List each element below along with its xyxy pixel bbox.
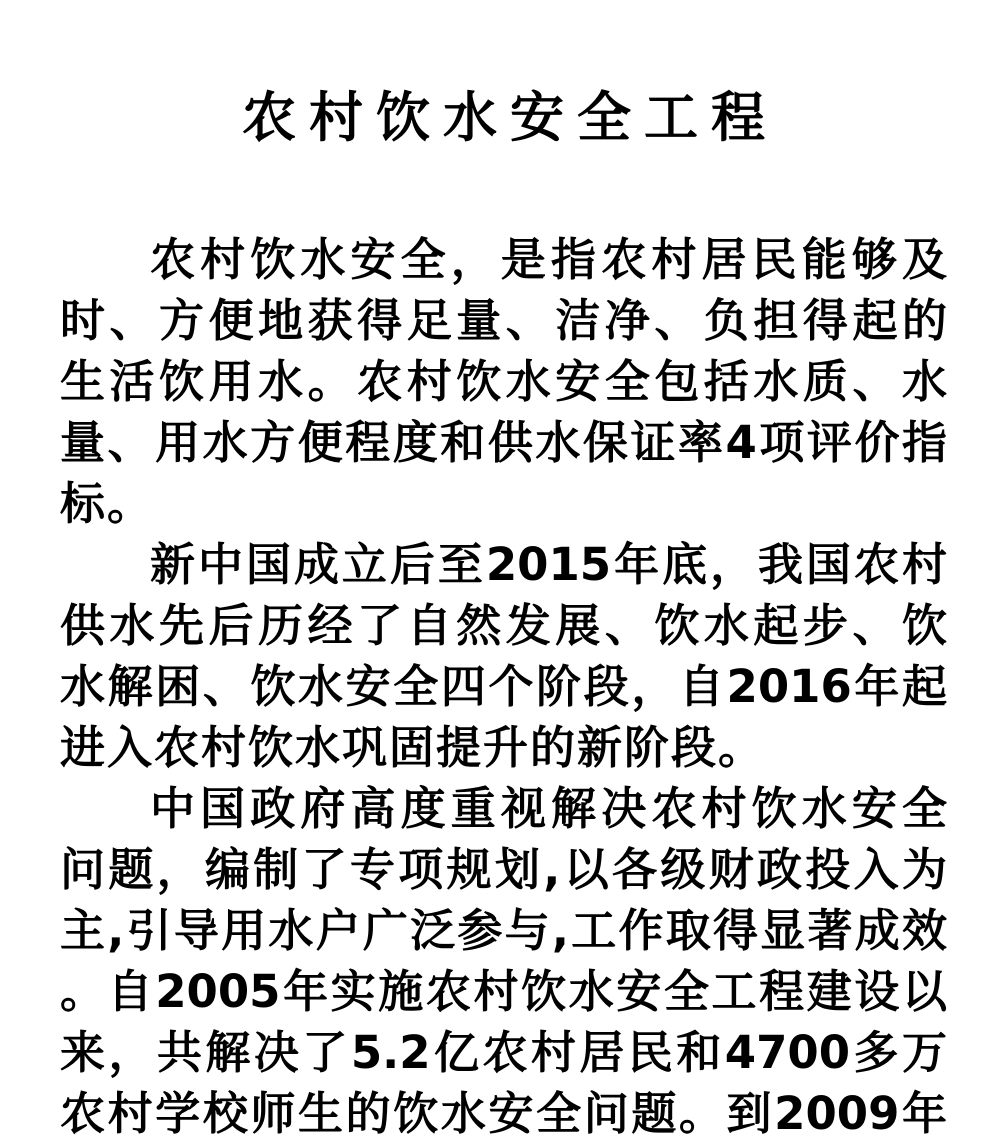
- page-title: 农村饮水安全工程: [60, 0, 947, 146]
- text-line: 量、用水方便程度和供水保证率4项评价指: [60, 412, 947, 473]
- text-line: 。自2005年实施农村饮水安全工程建设以: [60, 961, 947, 1022]
- text-line: 问题，编制了专项规划,以各级财政投入为: [60, 839, 947, 900]
- text-line: 农村饮水安全，是指农村居民能够及: [60, 229, 947, 290]
- text-line: 中国政府高度重视解决农村饮水安全: [60, 778, 947, 839]
- text-line: 水解困、饮水安全四个阶段，自2016年起: [60, 656, 947, 717]
- text-line: 标。: [60, 473, 947, 534]
- text-line: 来，共解决了5.2亿农村居民和4700多万: [60, 1022, 947, 1083]
- document-body: 农村饮水安全，是指农村居民能够及 时、方便地获得足量、洁净、负担得起的 生活饮用…: [60, 229, 947, 1136]
- text-line: 农村学校师生的饮水安全问题。到2009年: [60, 1083, 947, 1136]
- text-line: 新中国成立后至2015年底，我国农村: [60, 534, 947, 595]
- text-line: 生活饮用水。农村饮水安全包括水质、水: [60, 351, 947, 412]
- document-page: 农村饮水安全工程 农村饮水安全，是指农村居民能够及 时、方便地获得足量、洁净、负…: [0, 0, 1000, 1136]
- text-line: 进入农村饮水巩固提升的新阶段。: [60, 717, 947, 778]
- text-line: 主,引导用水户广泛参与,工作取得显著成效: [60, 900, 947, 961]
- text-line: 时、方便地获得足量、洁净、负担得起的: [60, 290, 947, 351]
- text-line: 供水先后历经了自然发展、饮水起步、饮: [60, 595, 947, 656]
